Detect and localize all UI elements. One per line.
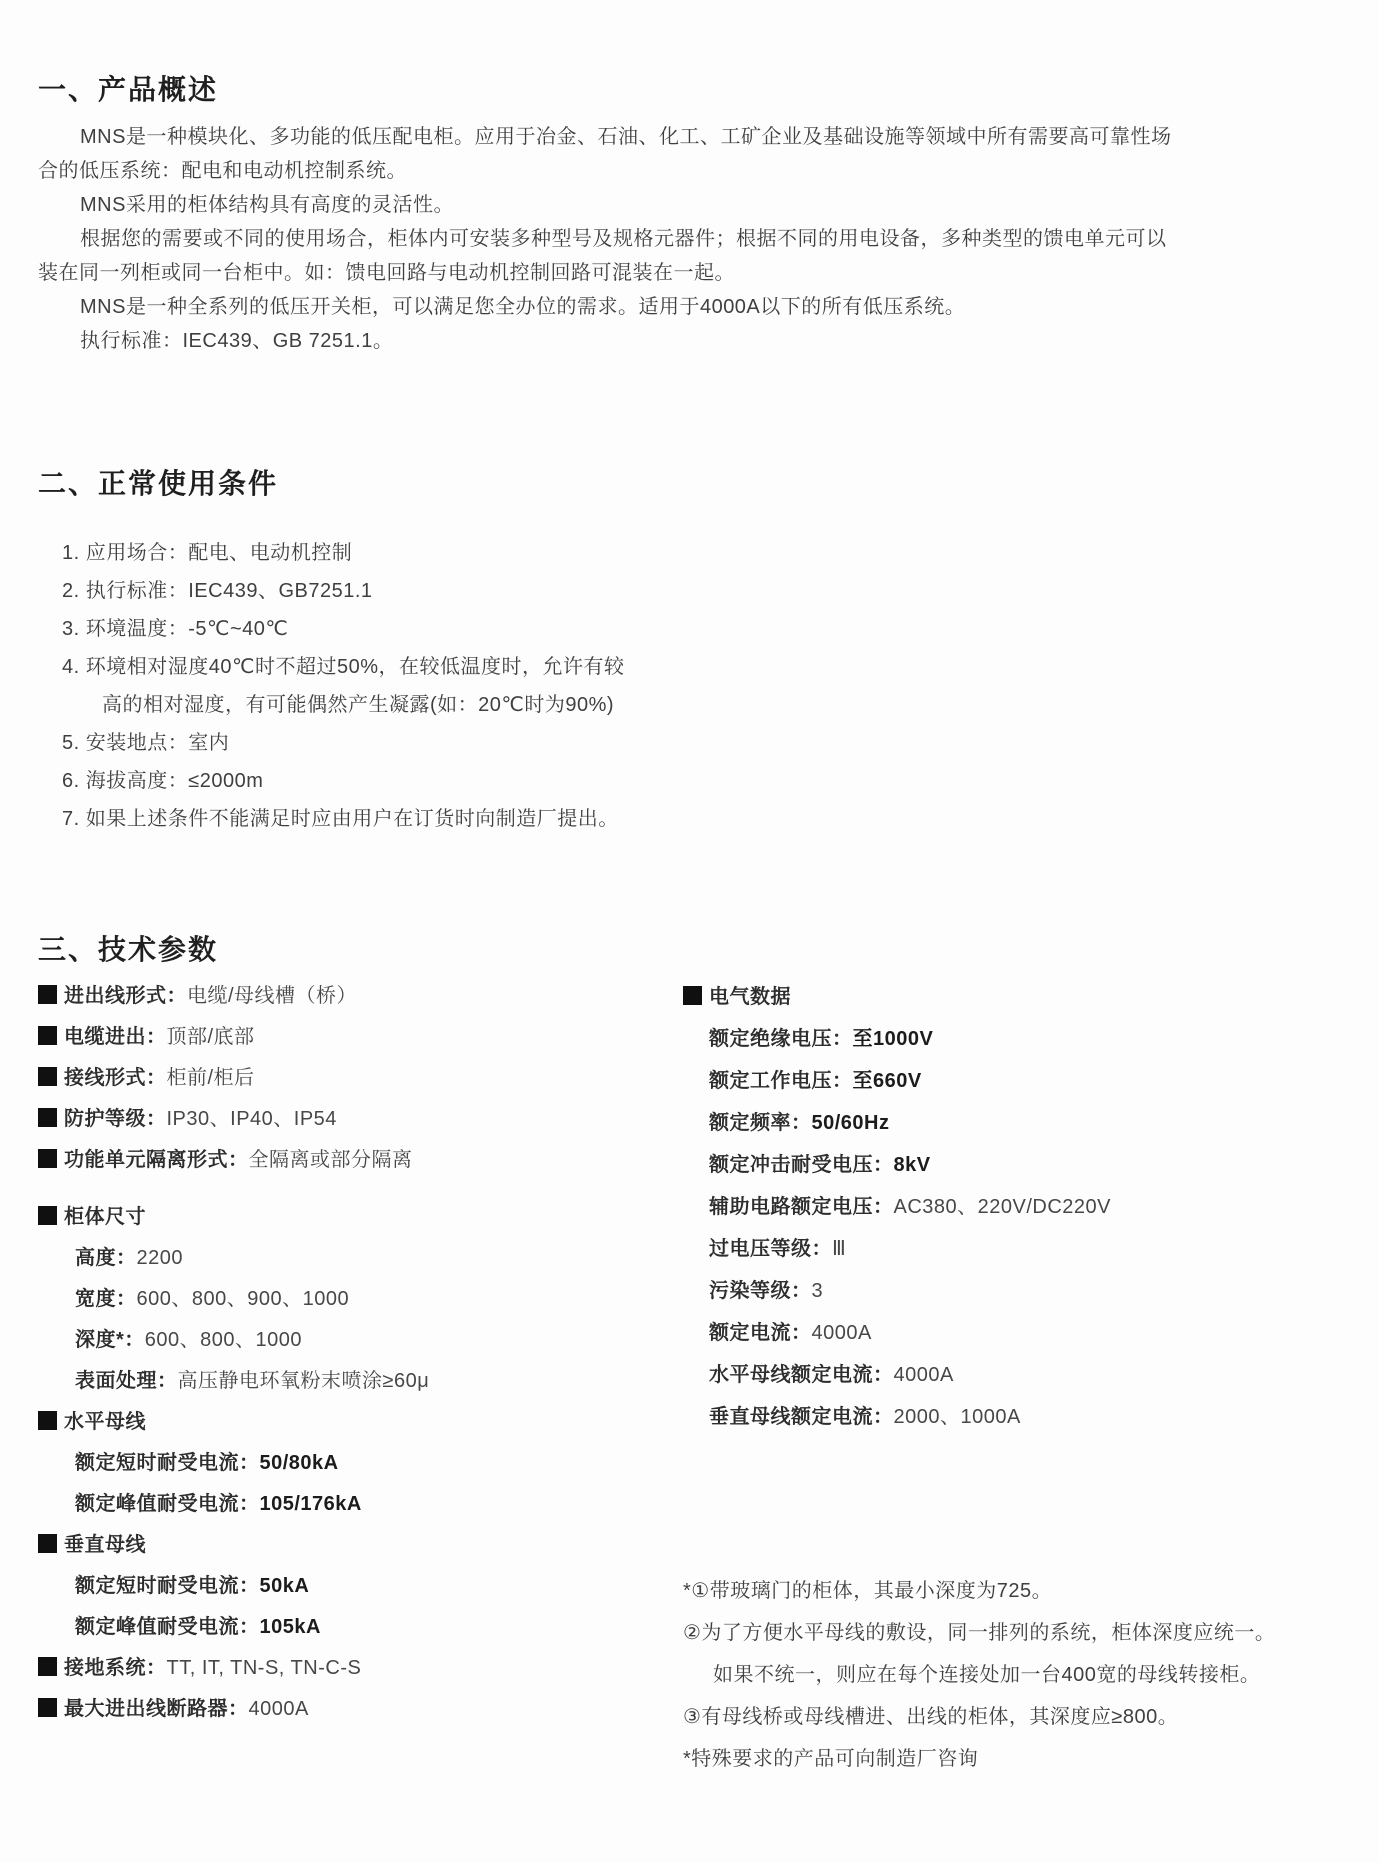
- spec-label: 最大进出线断路器：: [64, 1698, 249, 1720]
- square-bullet-icon: [38, 1026, 57, 1045]
- spec-label: 额定短时耐受电流：: [75, 1575, 260, 1597]
- spec-value: 全隔离或部分隔离: [249, 1149, 413, 1171]
- section-heading: 一、产品概述: [38, 68, 1339, 108]
- spec-value: 至660V: [853, 1070, 922, 1092]
- list-item: 5. 安装地点：室内: [38, 724, 1379, 762]
- spec-value: 600、800、1000: [145, 1329, 302, 1351]
- spec-value: 高压静电环氧粉末喷涂≥60μ: [178, 1370, 430, 1392]
- spec-row: 过电压等级：Ⅲ: [683, 1228, 1369, 1270]
- spec-value: 柜前/柜后: [167, 1067, 255, 1089]
- spec-row: 最大进出线断路器：4000A: [38, 1689, 683, 1730]
- footnotes-block: *①带玻璃门的柜体，其最小深度为725。 ②为了方便水平母线的敷设，同一排列的系…: [683, 1570, 1369, 1780]
- spec-value: 顶部/底部: [167, 1026, 255, 1048]
- spec-value: 3: [812, 1280, 824, 1302]
- parameters-left-column: 进出线形式：电缆/母线槽（桥） 电缆进出：顶部/底部 接线形式：柜前/柜后 防护…: [38, 976, 683, 1730]
- paragraph-line: MNS是一种模块化、多功能的低压配电柜。应用于冶金、石油、化工、工矿企业及基础设…: [38, 120, 1339, 154]
- spec-label: 接地系统：: [64, 1657, 167, 1679]
- paragraph-line: 装在同一列柜或同一台柜中。如：馈电回路与电动机控制回路可混装在一起。: [38, 256, 1339, 290]
- spec-row: 额定电流：4000A: [683, 1312, 1369, 1354]
- spec-row: 额定工作电压：至660V: [683, 1060, 1369, 1102]
- spec-row: 表面处理：高压静电环氧粉末喷涂≥60μ: [38, 1361, 683, 1402]
- section-technical-parameters: 三、技术参数 进出线形式：电缆/母线槽（桥） 电缆进出：顶部/底部 接线形式：柜…: [38, 928, 1369, 1780]
- list-item: 4. 环境相对湿度40℃时不超过50%，在较低温度时，允许有较: [38, 648, 1379, 686]
- spec-label: 宽度：: [75, 1288, 137, 1310]
- spec-value: TT, IT, TN-S, TN-C-S: [167, 1657, 362, 1679]
- spec-label: 功能单元隔离形式：: [64, 1149, 249, 1171]
- spec-label: 额定短时耐受电流：: [75, 1452, 260, 1474]
- spec-value: Ⅲ: [832, 1238, 846, 1260]
- spec-label: 进出线形式：: [64, 985, 187, 1007]
- spec-value: 4000A: [249, 1698, 309, 1720]
- square-bullet-icon: [38, 1411, 57, 1430]
- paragraph-line: MNS是一种全系列的低压开关柜，可以满足您全办位的需求。适用于4000A以下的所…: [38, 290, 1339, 324]
- paragraph-line: 合的低压系统：配电和电动机控制系统。: [38, 154, 1339, 188]
- list-item-continuation: 高的相对湿度，有可能偶然产生凝露(如：20℃时为90%): [38, 686, 1379, 724]
- spec-value: 600、800、900、1000: [137, 1288, 350, 1310]
- paragraph-line: 执行标准：IEC439、GB 7251.1。: [38, 324, 1339, 358]
- spec-value: 2000、1000A: [894, 1406, 1021, 1428]
- parameter-columns: 进出线形式：电缆/母线槽（桥） 电缆进出：顶部/底部 接线形式：柜前/柜后 防护…: [38, 976, 1369, 1780]
- spec-value: 4000A: [894, 1364, 954, 1386]
- list-item: 2. 执行标准：IEC439、GB7251.1: [38, 572, 1379, 610]
- spec-row: 额定短时耐受电流：50/80kA: [38, 1443, 683, 1484]
- spec-value: 50kA: [260, 1575, 310, 1597]
- spec-row: 进出线形式：电缆/母线槽（桥）: [38, 976, 683, 1017]
- list-item: 6. 海拔高度：≤2000m: [38, 762, 1379, 800]
- spec-label: 额定峰值耐受电流：: [75, 1616, 260, 1638]
- spec-row: 额定峰值耐受电流：105kA: [38, 1607, 683, 1648]
- spec-value: IP30、IP40、IP54: [167, 1108, 337, 1130]
- spec-label: 污染等级：: [709, 1280, 812, 1302]
- spec-row: 额定短时耐受电流：50kA: [38, 1566, 683, 1607]
- spec-value: AC380、220V/DC220V: [894, 1196, 1112, 1218]
- square-bullet-icon: [38, 1108, 57, 1127]
- spec-label: 表面处理：: [75, 1370, 178, 1392]
- footnote-line-continuation: 如果不统一，则应在每个连接处加一台400宽的母线转接柜。: [683, 1654, 1369, 1696]
- spec-row: 额定频率：50/60Hz: [683, 1102, 1369, 1144]
- spec-label: 过电压等级：: [709, 1238, 832, 1260]
- group-title-text: 柜体尺寸: [64, 1206, 146, 1228]
- spec-group-title: 电气数据: [683, 976, 1369, 1018]
- spec-label: 防护等级：: [64, 1108, 167, 1130]
- spec-row: 额定冲击耐受电压：8kV: [683, 1144, 1369, 1186]
- list-item: 3. 环境温度：-5℃~40℃: [38, 610, 1379, 648]
- square-bullet-icon: [38, 1657, 57, 1676]
- section-product-overview: 一、产品概述 MNS是一种模块化、多功能的低压配电柜。应用于冶金、石油、化工、工…: [38, 0, 1339, 358]
- spec-row: 深度*：600、800、1000: [38, 1320, 683, 1361]
- spec-label: 额定冲击耐受电压：: [709, 1154, 894, 1176]
- spec-row: 水平母线额定电流：4000A: [683, 1354, 1369, 1396]
- spec-label: 电缆进出：: [64, 1026, 167, 1048]
- spec-label: 水平母线额定电流：: [709, 1364, 894, 1386]
- parameters-right-column: 电气数据 额定绝缘电压：至1000V 额定工作电压：至660V 额定频率：50/…: [683, 976, 1369, 1780]
- square-bullet-icon: [38, 1206, 57, 1225]
- square-bullet-icon: [38, 1534, 57, 1553]
- spec-row: 辅助电路额定电压：AC380、220V/DC220V: [683, 1186, 1369, 1228]
- spec-label: 深度*：: [75, 1329, 145, 1351]
- spec-row: 污染等级：3: [683, 1270, 1369, 1312]
- spec-value: 105kA: [260, 1616, 321, 1638]
- spec-group-title: 水平母线: [38, 1402, 683, 1443]
- group-title-text: 水平母线: [64, 1411, 146, 1433]
- square-bullet-icon: [38, 1067, 57, 1086]
- spec-row: 额定绝缘电压：至1000V: [683, 1018, 1369, 1060]
- footnote-line: ②为了方便水平母线的敷设，同一排列的系统，柜体深度应统一。: [683, 1612, 1369, 1654]
- spec-label: 额定绝缘电压：: [709, 1028, 853, 1050]
- footnote-line: *特殊要求的产品可向制造厂咨询: [683, 1738, 1369, 1780]
- group-title-text: 电气数据: [709, 986, 791, 1008]
- footnote-line: *①带玻璃门的柜体，其最小深度为725。: [683, 1570, 1369, 1612]
- spec-row: 接地系统：TT, IT, TN-S, TN-C-S: [38, 1648, 683, 1689]
- spec-label: 辅助电路额定电压：: [709, 1196, 894, 1218]
- spacer: [38, 1181, 683, 1197]
- paragraph-line: MNS采用的柜体结构具有高度的灵活性。: [38, 188, 1339, 222]
- spec-row: 宽度：600、800、900、1000: [38, 1279, 683, 1320]
- spec-label: 接线形式：: [64, 1067, 167, 1089]
- spec-row: 功能单元隔离形式：全隔离或部分隔离: [38, 1140, 683, 1181]
- list-item: 1. 应用场合：配电、电动机控制: [38, 534, 1379, 572]
- spec-row: 电缆进出：顶部/底部: [38, 1017, 683, 1058]
- spec-label: 额定工作电压：: [709, 1070, 853, 1092]
- spec-value: 2200: [137, 1247, 184, 1269]
- square-bullet-icon: [38, 1149, 57, 1168]
- footnote-line: ③有母线桥或母线槽进、出线的柜体，其深度应≥800。: [683, 1696, 1369, 1738]
- spec-value: 8kV: [894, 1154, 931, 1176]
- spec-value: 105/176kA: [260, 1493, 362, 1515]
- spec-value: 50/80kA: [260, 1452, 339, 1474]
- spec-label: 额定电流：: [709, 1322, 812, 1344]
- group-title-text: 垂直母线: [64, 1534, 146, 1556]
- spec-row: 垂直母线额定电流：2000、1000A: [683, 1396, 1369, 1438]
- section-usage-conditions: 二、正常使用条件 1. 应用场合：配电、电动机控制 2. 执行标准：IEC439…: [38, 462, 1379, 838]
- spec-row: 接线形式：柜前/柜后: [38, 1058, 683, 1099]
- spec-group-title: 垂直母线: [38, 1525, 683, 1566]
- spec-label: 额定频率：: [709, 1112, 812, 1134]
- section-heading: 三、技术参数: [38, 928, 1369, 968]
- spec-value: 至1000V: [853, 1028, 934, 1050]
- spec-label: 垂直母线额定电流：: [709, 1406, 894, 1428]
- paragraph-line: 根据您的需要或不同的使用场合，柜体内可安装多种型号及规格元器件；根据不同的用电设…: [38, 222, 1339, 256]
- spec-label: 高度：: [75, 1247, 137, 1269]
- document-page: 一、产品概述 MNS是一种模块化、多功能的低压配电柜。应用于冶金、石油、化工、工…: [0, 0, 1379, 1862]
- spec-label: 额定峰值耐受电流：: [75, 1493, 260, 1515]
- spec-row: 额定峰值耐受电流：105/176kA: [38, 1484, 683, 1525]
- spec-value: 4000A: [812, 1322, 872, 1344]
- spec-group-title: 柜体尺寸: [38, 1197, 683, 1238]
- square-bullet-icon: [38, 1698, 57, 1717]
- spec-value: 电缆/母线槽（桥）: [187, 985, 357, 1007]
- spec-value: 50/60Hz: [812, 1112, 890, 1134]
- square-bullet-icon: [38, 985, 57, 1004]
- list-item: 7. 如果上述条件不能满足时应由用户在订货时向制造厂提出。: [38, 800, 1379, 838]
- square-bullet-icon: [683, 986, 702, 1005]
- spec-row: 高度：2200: [38, 1238, 683, 1279]
- section-heading: 二、正常使用条件: [38, 462, 1379, 502]
- spec-row: 防护等级：IP30、IP40、IP54: [38, 1099, 683, 1140]
